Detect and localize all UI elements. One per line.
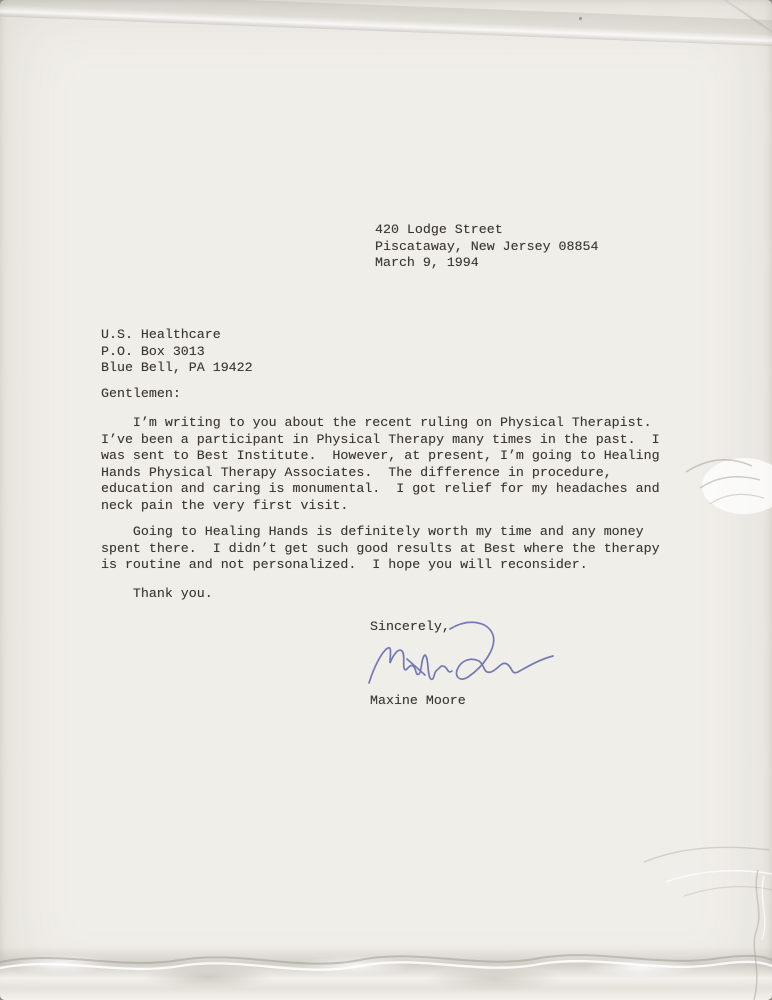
salutation-line: Gentlemen:	[101, 386, 181, 403]
thank-you-line: Thank you.	[101, 586, 213, 603]
bottom-edge-wave-lines	[0, 940, 772, 1000]
right-middle-tear	[656, 430, 772, 540]
top-edge-crease	[0, 0, 772, 49]
sender-address-block: 420 Lodge Street Piscataway, New Jersey …	[375, 222, 598, 272]
body-paragraph-1: I’m writing to you about the recent ruli…	[101, 415, 660, 514]
paper-speck	[579, 17, 582, 20]
body-paragraph-2: Going to Healing Hands is definitely wor…	[101, 524, 660, 574]
letter-paper: 420 Lodge Street Piscataway, New Jersey …	[0, 0, 772, 1000]
recipient-address-block: U.S. Healthcare P.O. Box 3013 Blue Bell,…	[101, 327, 253, 377]
scanned-letter-page: 420 Lodge Street Piscataway, New Jersey …	[0, 0, 772, 1000]
typed-signature-name: Maxine Moore	[370, 693, 466, 710]
bottom-right-corner-tear	[728, 870, 772, 1000]
handwritten-signature	[355, 615, 565, 700]
